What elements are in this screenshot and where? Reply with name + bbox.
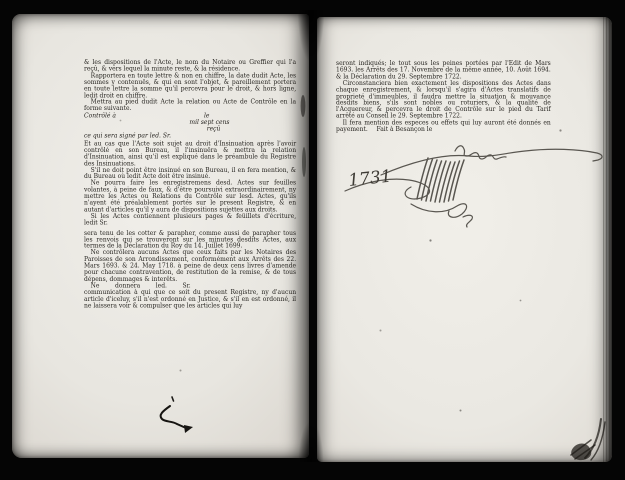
controle-form-line: ce qui sera signé par led. Sr. <box>84 133 296 140</box>
right-page-text: seront indiqués; le tout sous les peines… <box>336 61 551 191</box>
paragraph: Rapportera en toute lettre & non en chif… <box>84 73 296 99</box>
form-controle-a: Contrôlé à <box>84 113 116 120</box>
ink-mark <box>161 406 186 428</box>
corner-fold <box>571 440 595 459</box>
left-page: & les dispositions de l'Acte, le nom du … <box>12 14 309 458</box>
ink-mark <box>184 425 193 433</box>
corner-fold <box>585 419 601 458</box>
left-page-text: & les dispositions de l'Acte, le nom du … <box>84 60 296 360</box>
gutter-blotch <box>302 147 306 177</box>
paragraph: Il fera mention des especes ou effets qu… <box>336 120 551 133</box>
signature-base-flourish <box>411 204 467 218</box>
paragraph: Ne donnera led. Sr.communication à qui q… <box>84 283 296 309</box>
right-page: seront indiqués; le tout sous les peines… <box>317 17 612 462</box>
paragraph: Et au cas que l'Acte soit sujet au droit… <box>84 141 296 167</box>
corner-fold <box>591 422 605 460</box>
paragraph-start: Il fera mention des especes ou effets qu… <box>336 120 551 133</box>
signature-tail <box>463 215 472 227</box>
gutter-blotch <box>301 95 306 117</box>
paragraph: Si les Actes contiennent plusieurs pages… <box>84 214 296 227</box>
paragraph: Ne pourra faire les enregistremens desd.… <box>84 181 296 214</box>
controle-form: Contrôlé àle mil sept cens reçû ce qui s… <box>84 114 296 140</box>
book-scan: & les dispositions de l'Acte, le nom du … <box>0 0 625 480</box>
paragraph: Circonstanciera bien exactement les disp… <box>336 81 551 121</box>
paragraph: Ne contrôlera aucuns Actes que ceux fait… <box>84 250 296 283</box>
paragraph: & les dispositions de l'Acte, le nom du … <box>84 60 296 73</box>
paragraph: sera tenu de les cotter & parapher, comm… <box>84 231 296 251</box>
paragraph: seront indiqués; le tout sous les peines… <box>336 61 551 81</box>
paper-specks <box>0 0 1 1</box>
corner-fold <box>571 444 591 461</box>
date-lead-in: Fait à Besançon le <box>376 126 432 133</box>
paragraph: S'il ne doit point être insinué en son B… <box>84 168 296 181</box>
ink-mark <box>172 397 174 401</box>
paragraph: Mettra au pied dudit Acte la relation ou… <box>84 100 296 113</box>
form-signe: ce qui sera signé par led. Sr. <box>84 133 171 140</box>
form-recu: reçû <box>207 127 221 134</box>
paragraph-end: communication à qui que ce soit du prese… <box>84 289 296 309</box>
